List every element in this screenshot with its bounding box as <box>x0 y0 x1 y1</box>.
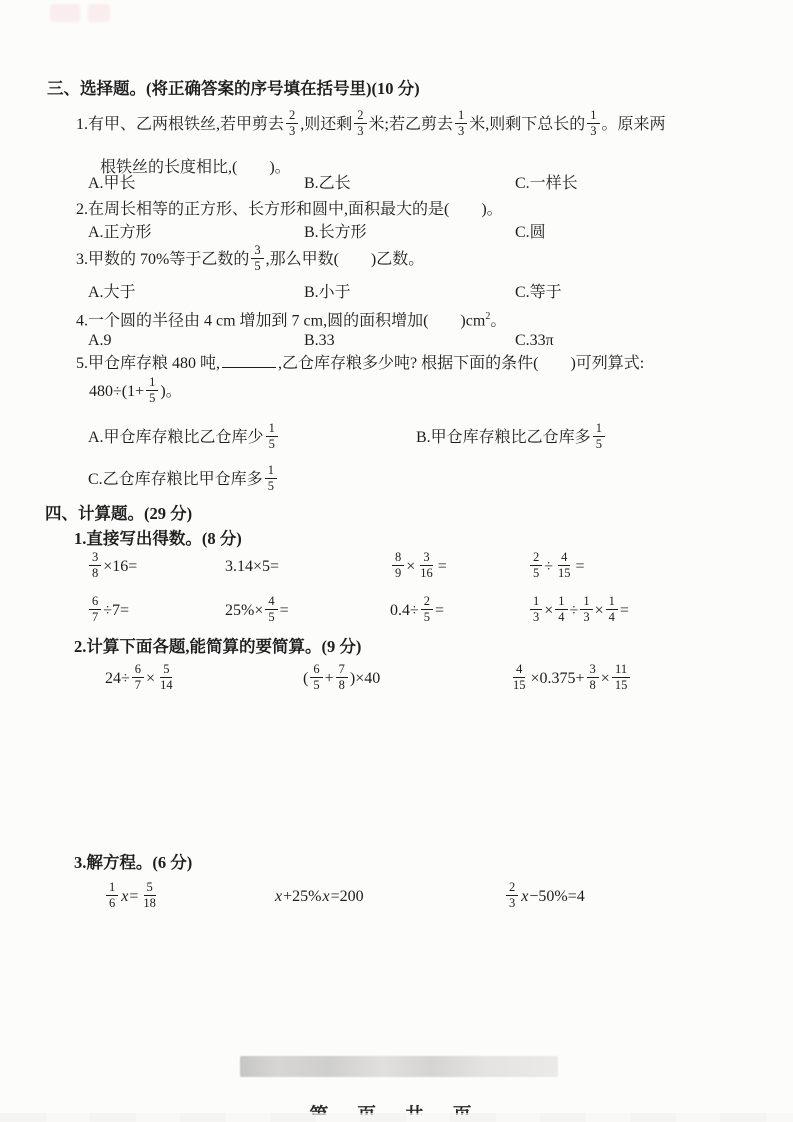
faint-print-artifact <box>50 4 80 22</box>
equations-row: 16x=518 x+25%x=200 23x−50%=4 <box>104 876 585 918</box>
fraction: 518 <box>140 880 159 910</box>
math-expression: 38×16= <box>87 546 225 588</box>
math-expression: 67÷7= <box>87 590 225 632</box>
fraction: 316 <box>417 550 436 580</box>
math-expression: 89×316= <box>390 546 528 588</box>
fraction: 16 <box>106 880 118 910</box>
math-expression: (65+78)×40 <box>303 656 508 702</box>
fraction: 13 <box>530 594 542 624</box>
option-b: B.33 <box>304 330 515 352</box>
option-a: A.甲长 <box>88 173 304 195</box>
math-expression: 3.14×5= <box>225 546 390 588</box>
math-expression: 25÷415= <box>528 546 585 588</box>
math-expression: 13×14÷13×14= <box>528 590 629 632</box>
fill-in-blank <box>222 353 276 368</box>
fraction: 23 <box>354 108 366 138</box>
fraction: 35 <box>251 243 263 273</box>
option-c: C.等于 <box>515 282 562 304</box>
fraction: 415 <box>555 550 574 580</box>
question-3-options: A.大于 B.小于 C.等于 <box>88 282 562 304</box>
option-b: B.小于 <box>304 282 515 304</box>
fraction: 65 <box>310 662 322 692</box>
option-b: B.乙长 <box>304 173 515 195</box>
fraction: 45 <box>265 594 277 624</box>
option-c: C.圆 <box>515 222 546 244</box>
option-c: C.乙仓库存粮比甲仓库多15 <box>88 460 279 500</box>
fraction: 25 <box>421 594 433 624</box>
question-3-line-1: 3.甲数的 70%等于乙数的35,那么甲数( )乙数。 <box>76 240 424 280</box>
math-expression: x+25%x=200 <box>274 876 504 918</box>
fraction: 25 <box>530 550 542 580</box>
option-a: A.9 <box>88 330 304 352</box>
option-b: B.甲仓库存粮比乙仓库多15 <box>416 418 607 458</box>
fraction: 514 <box>157 662 176 692</box>
direct-calc-row-2: 67÷7= 25%×45= 0.4÷25= 13×14÷13×14= <box>87 590 629 632</box>
fraction: 38 <box>587 662 599 692</box>
section-calc-heading: 四、计算题。(29 分) <box>45 503 192 525</box>
simplify-calc-row: 24÷67×514 (65+78)×40 415×0.375+38×1115 <box>105 656 632 702</box>
option-c: C.一样长 <box>515 173 578 195</box>
question-4-line-1: 4.一个圆的半径由 4 cm 增加到 7 cm,圆的面积增加( )cm2。 <box>76 306 506 332</box>
fraction: 13 <box>587 108 599 138</box>
fraction: 15 <box>593 421 605 451</box>
fraction: 67 <box>89 594 101 624</box>
worksheet-page: 三、选择题。(将正确答案的序号填在括号里)(10 分) 1.有甲、乙两根铁丝,若… <box>0 0 793 1122</box>
solve-equations-heading: 3.解方程。(6 分) <box>74 852 192 874</box>
fraction: 14 <box>606 594 618 624</box>
section-choice-heading: 三、选择题。(将正确答案的序号填在括号里)(10 分) <box>47 78 420 100</box>
fraction: 13 <box>580 594 592 624</box>
redaction-bar <box>240 1056 558 1077</box>
faint-print-artifact <box>88 4 110 22</box>
math-expression: 16x=518 <box>104 876 274 918</box>
math-expression: 24÷67×514 <box>105 656 303 702</box>
math-expression: 0.4÷25= <box>390 590 528 632</box>
fraction: 14 <box>555 594 567 624</box>
question-5-options-ab: A.甲仓库存粮比乙仓库少15 B.甲仓库存粮比乙仓库多15 <box>88 418 607 458</box>
question-4-options: A.9 B.33 C.33π <box>88 330 554 352</box>
fraction: 23 <box>506 880 518 910</box>
direct-calc-row-1: 38×16= 3.14×5= 89×316= 25÷415= <box>87 546 585 588</box>
fraction: 13 <box>455 108 467 138</box>
fraction: 15 <box>266 421 278 451</box>
fraction: 15 <box>146 375 158 405</box>
fraction: 78 <box>336 662 348 692</box>
question-1-line-1: 1.有甲、乙两根铁丝,若甲剪去23,则还剩23米;若乙剪去13米,则剩下总长的1… <box>76 105 666 145</box>
fraction: 15 <box>265 463 277 493</box>
option-a: A.甲仓库存粮比乙仓库少15 <box>88 418 416 458</box>
fraction: 38 <box>89 550 101 580</box>
fraction: 67 <box>132 662 144 692</box>
page-edge-artifact <box>0 1113 793 1122</box>
option-c: C.33π <box>515 330 554 352</box>
fraction: 415 <box>510 662 529 692</box>
question-2-line-1: 2.在周长相等的正方形、长方形和圆中,面积最大的是( )。 <box>76 199 503 221</box>
option-a: A.大于 <box>88 282 304 304</box>
math-expression: 23x−50%=4 <box>504 876 585 918</box>
fraction: 1115 <box>612 662 631 692</box>
question-1-options: A.甲长 B.乙长 C.一样长 <box>88 173 578 195</box>
fraction: 89 <box>392 550 404 580</box>
math-expression: 25%×45= <box>225 590 390 632</box>
fraction: 23 <box>286 108 298 138</box>
math-expression: 415×0.375+38×1115 <box>508 656 632 702</box>
simplify-calc-heading: 2.计算下面各题,能简算的要简算。(9 分) <box>74 636 361 658</box>
question-5-expression: 480÷(1+15)。 <box>89 372 182 412</box>
